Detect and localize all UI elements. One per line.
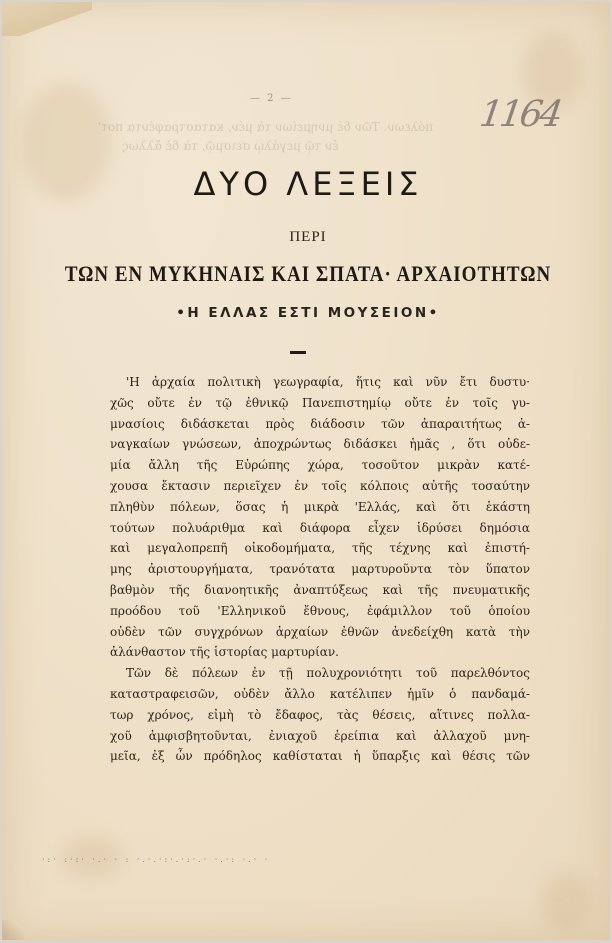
footer-ink-specks: ·:· :·:· ·.· · : ·.·.·:·.·:·.· ·.·: ·.· … [42, 855, 270, 864]
document-page: πόλεων. Τῶν δὲ μνημείων τὰ μέν, καταστρα… [2, 2, 610, 940]
text-line: οὐδὲν τῶν συγχρόνων ἀρχαίων ἐθνῶν ἀνεδεί… [110, 622, 530, 643]
section-divider [290, 351, 306, 354]
subtitle-main: ΤΩΝ ΕΝ ΜΥΚΗΝΑΙΣ ΚΑΙ ΣΠΑΤΑ· ΑΡΧΑΙΟΤΗΤΩΝ [2, 262, 610, 287]
text-line: τωρ χρόνος, εἰμὴ τὸ ἔδαφος, τὰς θέσεις, … [110, 705, 530, 726]
text-line: ναγκαίων γνώσεων, ἀποχρώντως διδάσκει ἡμ… [110, 434, 530, 455]
page-number: — 2 — [250, 93, 293, 104]
page-title: ΔΥΟ ΛΕΞΕΙΣ [2, 165, 610, 203]
handwritten-catalog-number: 1164 [477, 94, 562, 135]
text-line: μνασίοις διδάσκεται πρὸς διάδοσιν τῶν ἀπ… [110, 414, 530, 435]
text-line: ἀλάνθαστον τῆς ἱστορίας μαρτυρίαν. [110, 642, 530, 663]
text-line: καταστραφεισῶν, οὐδὲν ἄλλο κατέλιπεν ἡμῖ… [110, 684, 530, 705]
text-line: χῶς οὔτε ἐν τῷ ἐθνικῷ Πανεπιστημίῳ οὔτε … [110, 393, 530, 414]
text-line: βαθμὸν τῆς διανοητικῆς ἀναπτύξεως καὶ τῆ… [110, 580, 530, 601]
subtitle-peri: ΠΕΡΙ [2, 229, 610, 246]
text-line: προόδου τοῦ 'Ελληνικοῦ ἔθνους, ἐφάμιλλον… [110, 601, 530, 622]
folded-corner-bottom-left [2, 920, 24, 940]
paper-stain [542, 872, 592, 932]
text-line: καὶ μεγαλοπρεπῆ οἰκοδομήματα, τῆς τέχνης… [110, 538, 530, 559]
text-line: τούτων πολυάριθμα καὶ διάφορα εἶχεν ἱδρύ… [110, 518, 530, 539]
text-line: μεῖα, ἐξ ὧν πρόδηλος καθίσταται ἡ ὕπαρξι… [110, 746, 530, 767]
text-line: χουσα ἔκτασιν περιεῖχεν ἐν τοῖς κόλποις … [110, 476, 530, 497]
text-line: 'Η ἀρχαία πολιτικὴ γεωγραφία, ἥτις καὶ ν… [110, 372, 530, 393]
text-line: χοῦ ἀμφισβητοῦνται, ἐνιαχοῦ ἐρείπια καὶ … [110, 726, 530, 747]
body-text: 'Η ἀρχαία πολιτικὴ γεωγραφία, ἥτις καὶ ν… [110, 372, 530, 767]
text-line: Τῶν δὲ πόλεων ἐν τῇ πολυχρονιότητι τοῦ π… [110, 663, 530, 684]
bleed-through-text: πόλεων. Τῶν δὲ μνημείων τὰ μέν, καταστρα… [98, 120, 433, 134]
folded-corner-top-left [2, 2, 92, 36]
text-line: μης ἀριστουργήματα, τρανότατα μαρτυροῦντ… [110, 559, 530, 580]
text-line: πληθὺν πόλεων, ὅσας ἡ μικρὰ 'Ελλάς, καὶ … [110, 497, 530, 518]
text-line: μία ἄλλη τῆς Εὐρώπης χώρα, τοσοῦτον μικρ… [110, 455, 530, 476]
motto: •Η ΕΛΛΑΣ ΕΣΤΙ ΜΟΥΣΕΙΟΝ• [2, 305, 610, 321]
bleed-through-text: ἐν τῷ μεγάλῳ σεισμῷ, τὰ δὲ ἄλλως [122, 139, 339, 153]
